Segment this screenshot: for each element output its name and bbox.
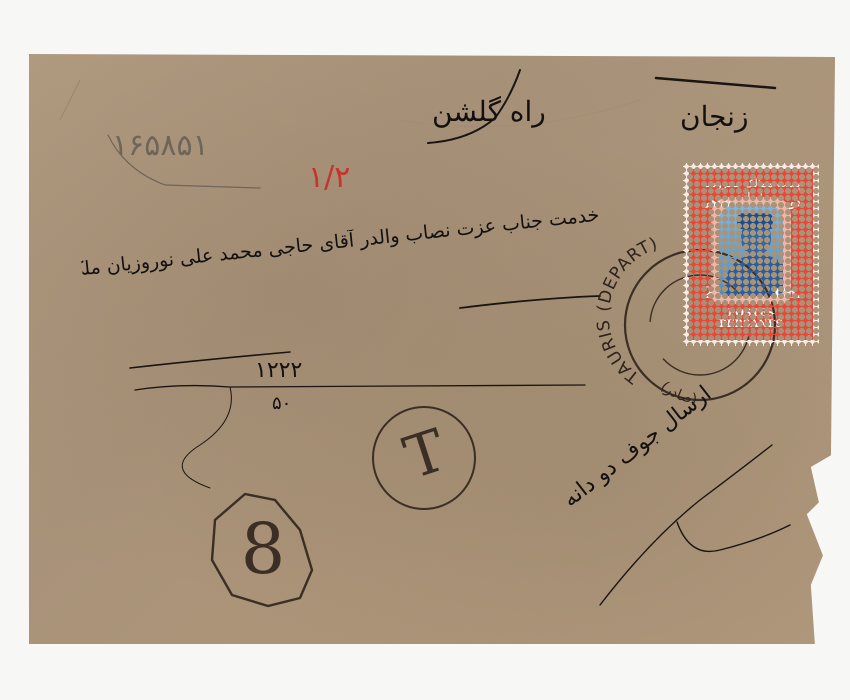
- postmark-city-text: TAURIS (DEPART): [594, 234, 661, 388]
- postmark-persian-text: (صادر): [657, 379, 698, 408]
- postmark-text-layer: TAURIS (DEPART) (صادر): [0, 0, 850, 700]
- svg-text:(صادر): (صادر): [657, 379, 698, 408]
- svg-text:TAURIS (DEPART): TAURIS (DEPART): [594, 234, 661, 388]
